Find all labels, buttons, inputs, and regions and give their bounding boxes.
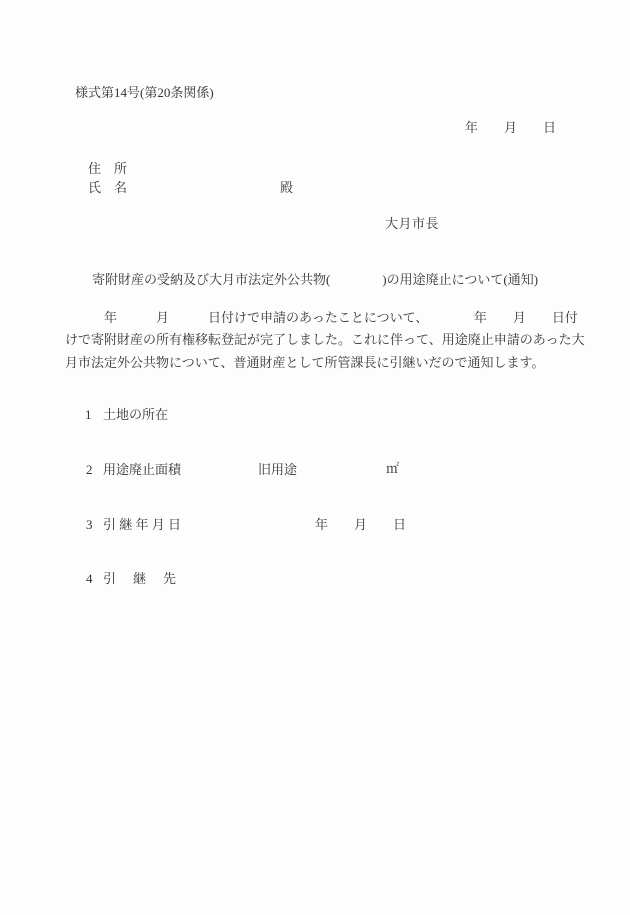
issue-date-line: 年 月 日: [465, 121, 556, 136]
document-title: 寄附財産の受納及び大月市法定外公共物( )の用途廃止について(通知): [0, 269, 630, 288]
recipient-name-label: 氏 名: [88, 181, 127, 196]
sender-title: 大月市長: [385, 217, 439, 232]
item-4-number: 4: [86, 572, 93, 587]
recipient-address-label: 住 所: [88, 162, 127, 177]
body-line-3: 月市法定外公共物について、普通財産として所管課長に引継いだので通知します。: [65, 352, 585, 374]
form-number: 様式第14号(第20条関係): [75, 86, 214, 101]
item-1-number: 1: [85, 408, 92, 423]
item-1-label: 土地の所在: [103, 408, 168, 423]
item-2-former-use-label: 旧用途: [258, 463, 297, 478]
item-3-date-blanks: 年 月 日: [315, 518, 406, 533]
item-4-label: 引 継 先: [103, 572, 178, 587]
body-line-2: けで寄附財産の所有権移転登記が完了しました。これに伴って、用途廃止申請のあった大: [65, 329, 585, 351]
body-paragraph: 年 月 日付けで申請のあったことについて、 年 月 日付 けで寄附財産の所有権移…: [65, 307, 585, 374]
item-2-label: 用途廃止面積: [103, 463, 181, 478]
body-line-1: 年 月 日付けで申請のあったことについて、 年 月 日付: [65, 307, 585, 329]
item-3-label: 引 継 年 月 日: [103, 518, 181, 533]
document-page: 様式第14号(第20条関係) 年 月 日 住 所 氏 名 殿 大月市長 寄附財産…: [0, 0, 630, 915]
item-2-number: 2: [86, 463, 93, 478]
item-3-number: 3: [86, 518, 93, 533]
item-2-unit-square-meters: ㎡: [386, 462, 399, 477]
recipient-honorific: 殿: [280, 181, 293, 196]
